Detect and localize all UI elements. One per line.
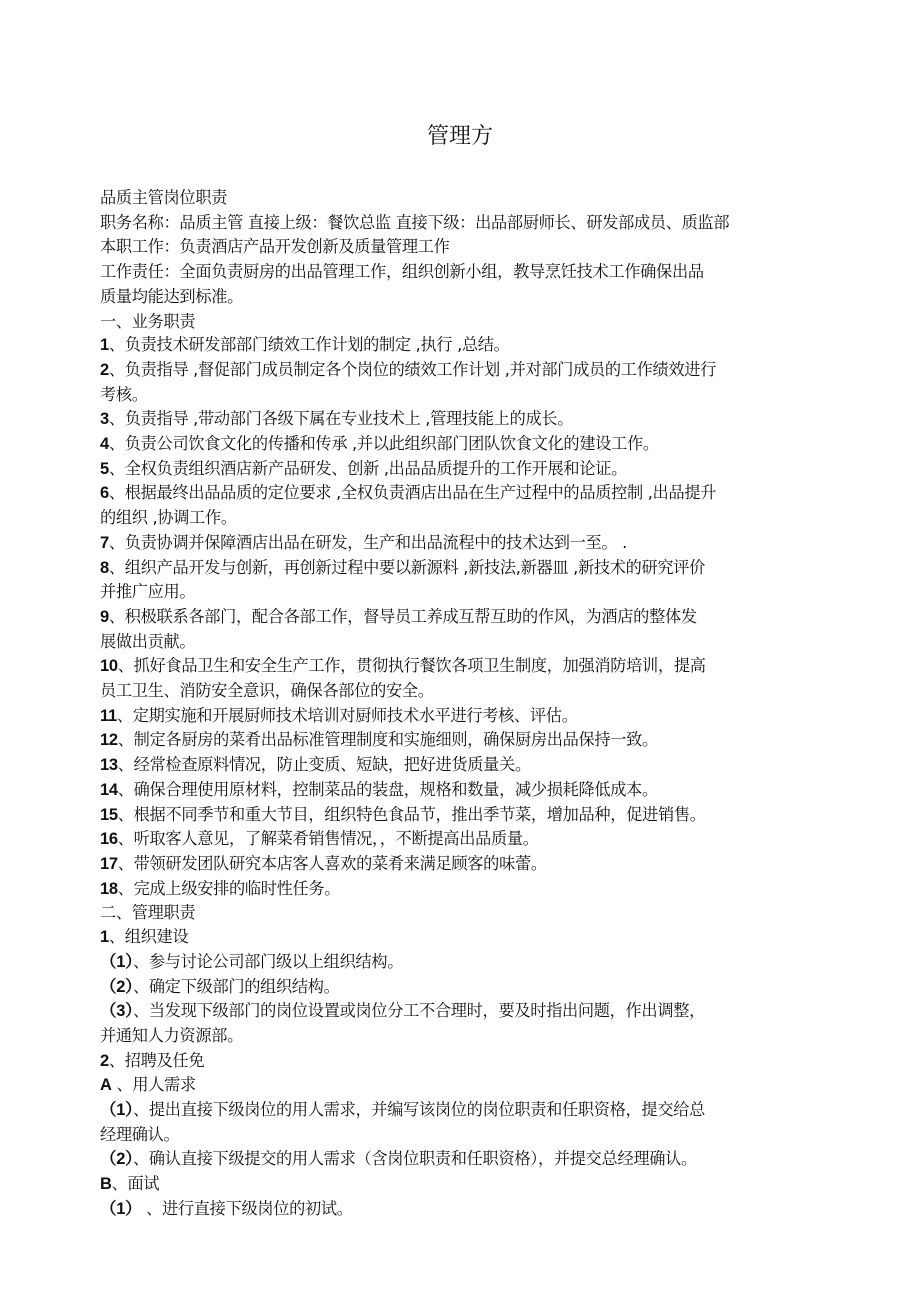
item-number: 7 bbox=[100, 534, 109, 552]
item-number: 3 bbox=[100, 410, 109, 428]
item-text: 、参与讨论公司部门级以上组织结构。 bbox=[133, 952, 403, 971]
header-line: 品质主管岗位职责 bbox=[100, 186, 800, 211]
duty-line: （1） 、进行直接下级岗位的初试。 bbox=[100, 1197, 800, 1222]
duty-line: B、面试 bbox=[100, 1172, 800, 1197]
duty-line: 5、全权负责组织酒店新产品研发、创新 ,出品品质提升的工作开展和论证。 bbox=[100, 457, 800, 482]
item-text: 职务名称：品质主管 直接上级：餐饮总监 直接下级：出品部厨师长、研发部成员、质监… bbox=[100, 213, 729, 232]
item-text: 质量均能达到标准。 bbox=[100, 287, 243, 306]
item-number: （1） bbox=[100, 953, 133, 971]
item-text: 、面试 bbox=[112, 1174, 160, 1193]
item-number: 18 bbox=[100, 880, 118, 898]
item-number: 5 bbox=[100, 460, 109, 478]
duty-line: 经理确认。 bbox=[100, 1123, 800, 1148]
item-number: 2 bbox=[100, 361, 109, 379]
item-text: 、确定下级部门的组织结构。 bbox=[133, 977, 340, 996]
header-block: 品质主管岗位职责职务名称：品质主管 直接上级：餐饮总监 直接下级：出品部厨师长、… bbox=[100, 186, 800, 310]
management-duties-list: 1、组织建设（1）、参与讨论公司部门级以上组织结构。（2）、确定下级部门的组织结… bbox=[100, 925, 800, 1221]
duty-line: （3）、当发现下级部门的岗位设置或岗位分工不合理时，要及时指出问题，作出调整， bbox=[100, 999, 800, 1024]
document-body: 品质主管岗位职责职务名称：品质主管 直接上级：餐饮总监 直接下级：出品部厨师长、… bbox=[100, 186, 800, 1222]
item-text: 、进行直接下级岗位的初试。 bbox=[141, 1199, 352, 1218]
header-line: 工作责任：全面负责厨房的出品管理工作，组织创新小组，教导烹饪技术工作确保出品 bbox=[100, 260, 800, 285]
item-number: 14 bbox=[100, 781, 118, 799]
item-text: 、听取客人意见，了解菜肴销售情况，，不断提高出品质量。 bbox=[118, 829, 539, 848]
duty-line: 16、听取客人意见，了解菜肴销售情况，，不断提高出品质量。 bbox=[100, 827, 800, 852]
header-line: 职务名称：品质主管 直接上级：餐饮总监 直接下级：出品部厨师长、研发部成员、质监… bbox=[100, 211, 800, 236]
item-number: （1） bbox=[100, 1200, 141, 1218]
duty-line: 考核。 bbox=[100, 383, 800, 408]
item-number: A bbox=[100, 1076, 112, 1094]
item-number: 1 bbox=[100, 928, 109, 946]
item-number: 13 bbox=[100, 756, 118, 774]
item-number: 4 bbox=[100, 435, 109, 453]
duty-line: 3、负责指导 ,带动部门各级下属在专业技术上 ,管理技能上的成长。 bbox=[100, 407, 800, 432]
duty-line: 11、定期实施和开展厨师技术培训对厨师技术水平进行考核、评估。 bbox=[100, 704, 800, 729]
item-text: 、提出直接下级岗位的用人需求，并编写该岗位的岗位职责和任职资格，提交给总 bbox=[133, 1100, 705, 1119]
duty-line: 1、组织建设 bbox=[100, 925, 800, 950]
duty-line: 8、组织产品开发与创新，再创新过程中要以新源料 ,新技法,新器皿 ,新技术的研究… bbox=[100, 556, 800, 581]
item-text: 、积极联系各部门，配合各部工作，督导员工养成互帮互助的作风，为酒店的整体发 bbox=[109, 607, 697, 626]
business-duties-list: 1、负责技术研发部部门绩效工作计划的制定 ,执行 ,总结。2、负责指导 ,督促部… bbox=[100, 333, 800, 901]
item-text: 、组织产品开发与创新，再创新过程中要以新源料 ,新技法,新器皿 ,新技术的研究评… bbox=[109, 558, 705, 577]
item-text: 、抓好食品卫生和安全生产工作，贯彻执行餐饮各项卫生制度，加强消防培训，提高 bbox=[118, 656, 706, 675]
duty-line: 2、招聘及任免 bbox=[100, 1049, 800, 1074]
duty-line: 13、经常检查原料情况，防止变质、短缺，把好进货质量关。 bbox=[100, 753, 800, 778]
duty-line: 9、积极联系各部门，配合各部工作，督导员工养成互帮互助的作风，为酒店的整体发 bbox=[100, 605, 800, 630]
header-line: 质量均能达到标准。 bbox=[100, 285, 800, 310]
duty-line: （1）、参与讨论公司部门级以上组织结构。 bbox=[100, 950, 800, 975]
item-text: 工作责任：全面负责厨房的出品管理工作，组织创新小组，教导烹饪技术工作确保出品 bbox=[100, 262, 704, 281]
item-number: B bbox=[100, 1175, 112, 1193]
item-number: （3） bbox=[100, 1002, 133, 1020]
item-text: 经理确认。 bbox=[100, 1125, 179, 1144]
duty-line: 17、带领研发团队研究本店客人喜欢的菜肴来满足顾客的味蕾。 bbox=[100, 852, 800, 877]
duty-line: 并通知人力资源部。 bbox=[100, 1024, 800, 1049]
duty-line: 12、制定各厨房的菜肴出品标准管理制度和实施细则，确保厨房出品保持一致。 bbox=[100, 728, 800, 753]
duty-line: （1）、提出直接下级岗位的用人需求，并编写该岗位的岗位职责和任职资格，提交给总 bbox=[100, 1098, 800, 1123]
duty-line: 10、抓好食品卫生和安全生产工作，贯彻执行餐饮各项卫生制度，加强消防培训，提高 bbox=[100, 654, 800, 679]
item-number: （1） bbox=[100, 1101, 133, 1119]
item-text: 、全权负责组织酒店新产品研发、创新 ,出品品质提升的工作开展和论证。 bbox=[109, 459, 627, 478]
item-number: 16 bbox=[100, 830, 118, 848]
item-text: 员工卫生、消防安全意识，确保各部位的安全。 bbox=[100, 681, 434, 700]
item-number: 8 bbox=[100, 559, 109, 577]
item-text: 、制定各厨房的菜肴出品标准管理制度和实施细则，确保厨房出品保持一致。 bbox=[118, 730, 658, 749]
item-text: 展做出贡献。 bbox=[100, 632, 195, 651]
item-text: 、负责指导 ,带动部门各级下属在专业技术上 ,管理技能上的成长。 bbox=[109, 409, 573, 428]
item-number: 17 bbox=[100, 855, 118, 873]
item-number: 1 bbox=[100, 336, 109, 354]
duty-line: 展做出贡献。 bbox=[100, 630, 800, 655]
item-text: 、定期实施和开展厨师技术培训对厨师技术水平进行考核、评估。 bbox=[117, 706, 578, 725]
duty-line: 1、负责技术研发部部门绩效工作计划的制定 ,执行 ,总结。 bbox=[100, 333, 800, 358]
duty-line: 2、负责指导 ,督促部门成员制定各个岗位的绩效工作计划 ,并对部门成员的工作绩效… bbox=[100, 358, 800, 383]
item-number: 2 bbox=[100, 1052, 109, 1070]
duty-line: （2）、确定下级部门的组织结构。 bbox=[100, 975, 800, 1000]
section-heading-business: 一、业务职责 bbox=[100, 310, 800, 334]
item-text: 、组织建设 bbox=[109, 927, 188, 946]
item-text: 并通知人力资源部。 bbox=[100, 1026, 243, 1045]
item-text: 、根据最终出品品质的定位要求 ,全权负责酒店出品在生产过程中的品质控制 ,出品提… bbox=[109, 483, 716, 502]
duty-line: A 、用人需求 bbox=[100, 1073, 800, 1098]
item-number: 15 bbox=[100, 806, 118, 824]
item-text: 、负责公司饮食文化的传播和传承 ,并以此组织部门团队饮食文化的建设工作。 bbox=[109, 434, 659, 453]
item-number: 10 bbox=[100, 657, 118, 675]
item-text: 、确认直接下级提交的用人需求（含岗位职责和任职资格），并提交总经理确认。 bbox=[133, 1149, 697, 1168]
item-text: 品质主管岗位职责 bbox=[100, 188, 227, 207]
item-text: 、完成上级安排的临时性任务。 bbox=[118, 879, 340, 898]
item-text: 、根据不同季节和重大节目，组织特色食品节，推出季节菜，增加品种，促进销售。 bbox=[118, 805, 706, 824]
duty-line: 并推广应用。 bbox=[100, 580, 800, 605]
header-line: 本职工作：负责酒店产品开发创新及质量管理工作 bbox=[100, 235, 800, 260]
duty-line: （2）、确认直接下级提交的用人需求（含岗位职责和任职资格），并提交总经理确认。 bbox=[100, 1147, 800, 1172]
item-text: 本职工作：负责酒店产品开发创新及质量管理工作 bbox=[100, 237, 450, 256]
item-number: 12 bbox=[100, 731, 118, 749]
duty-line: 4、负责公司饮食文化的传播和传承 ,并以此组织部门团队饮食文化的建设工作。 bbox=[100, 432, 800, 457]
item-text: 、负责协调并保障酒店出品在研发，生产和出品流程中的技术达到一至。 . bbox=[109, 533, 627, 552]
section-heading-management: 二、管理职责 bbox=[100, 901, 800, 925]
duty-line: 14、确保合理使用原材料，控制菜品的装盘，规格和数量，减少损耗降低成本。 bbox=[100, 778, 800, 803]
item-text: 考核。 bbox=[100, 385, 148, 404]
item-number: （2） bbox=[100, 1150, 133, 1168]
item-number: 11 bbox=[100, 707, 117, 725]
item-text: 、当发现下级部门的岗位设置或岗位分工不合理时，要及时指出问题，作出调整， bbox=[133, 1001, 705, 1020]
duty-line: 的组织 ,协调工作。 bbox=[100, 506, 800, 531]
item-text: 的组织 ,协调工作。 bbox=[100, 508, 237, 527]
item-text: 、带领研发团队研究本店客人喜欢的菜肴来满足顾客的味蕾。 bbox=[118, 854, 547, 873]
page-title: 管理方 bbox=[0, 122, 920, 152]
duty-line: 7、负责协调并保障酒店出品在研发，生产和出品流程中的技术达到一至。 . bbox=[100, 531, 800, 556]
duty-line: 15、根据不同季节和重大节目，组织特色食品节，推出季节菜，增加品种，促进销售。 bbox=[100, 803, 800, 828]
duty-line: 6、根据最终出品品质的定位要求 ,全权负责酒店出品在生产过程中的品质控制 ,出品… bbox=[100, 481, 800, 506]
item-text: 、招聘及任免 bbox=[109, 1051, 204, 1070]
duty-line: 员工卫生、消防安全意识，确保各部位的安全。 bbox=[100, 679, 800, 704]
item-number: （2） bbox=[100, 978, 133, 996]
item-text: 并推广应用。 bbox=[100, 582, 195, 601]
item-text: 、经常检查原料情况，防止变质、短缺，把好进货质量关。 bbox=[118, 755, 531, 774]
item-number: 6 bbox=[100, 484, 109, 502]
duty-line: 18、完成上级安排的临时性任务。 bbox=[100, 877, 800, 902]
item-text: 、负责技术研发部部门绩效工作计划的制定 ,执行 ,总结。 bbox=[109, 335, 510, 354]
item-text: 、负责指导 ,督促部门成员制定各个岗位的绩效工作计划 ,并对部门成员的工作绩效进… bbox=[109, 360, 716, 379]
item-number: 9 bbox=[100, 608, 109, 626]
item-text: 、用人需求 bbox=[112, 1075, 196, 1094]
item-text: 、确保合理使用原材料，控制菜品的装盘，规格和数量，减少损耗降低成本。 bbox=[118, 780, 658, 799]
